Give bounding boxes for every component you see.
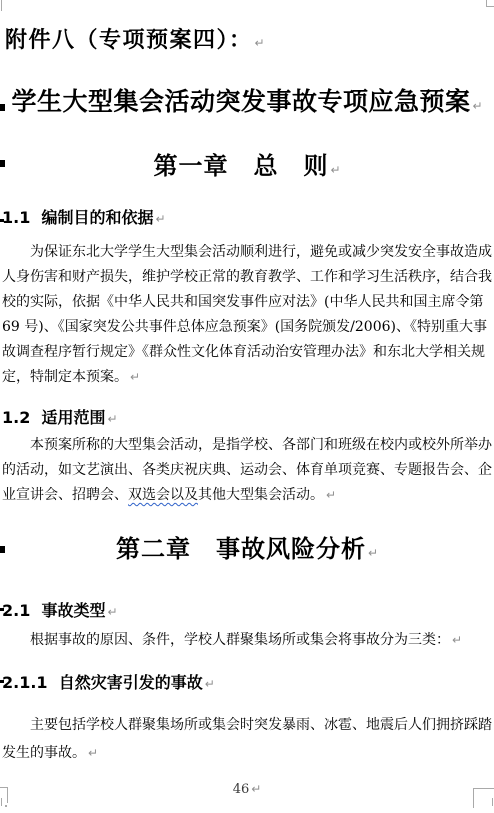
section-heading-1-2: 1.2 适用范围↵	[2, 408, 494, 429]
paragraph-accident-types: 根据事故的原因、条件，学校人群聚集场所或集会将事故分为三类：↵	[2, 628, 492, 653]
attachment-heading: 附件八（专项预案四）：↵	[5, 24, 494, 59]
document-title-text: 学生大型集会活动突发事故专项应急预案	[11, 87, 470, 116]
paragraph-mark-icon: ↵	[154, 212, 166, 226]
document-page[interactable]: 附件八（专项预案四）：↵ 学生大型集会活动突发事故专项应急预案↵ 第一章 总 则…	[0, 0, 494, 813]
section-heading-2-1-1-text: 2.1.1 自然灾害引发的事故	[2, 673, 203, 692]
section-heading-2-1-1: 2.1.1 自然灾害引发的事故↵	[2, 673, 494, 694]
page-number-text: 46	[233, 782, 250, 797]
paragraph-purpose: 为保证东北大学学生大型集会活动顺利进行，避免或减少突发安全事故造成 人身伤害和财…	[2, 240, 492, 390]
text-boundary-mark-bottom-left	[1, 798, 2, 806]
chapter-heading-1-text: 第一章 总 则	[153, 151, 328, 180]
document-title: 学生大型集会活动突发事故专项应急预案↵	[0, 86, 494, 122]
paragraph-natural-disaster: 主要包括学校人群聚集场所或集会时突发暴雨、冰雹、地震后人们拥挤踩踏 发生的事故。…	[2, 711, 492, 767]
grammar-underlined-text: 双选会以及	[128, 487, 198, 503]
paragraph-mark-icon: ↵	[450, 633, 462, 647]
paragraph-mark-icon: ↵	[203, 677, 215, 691]
text-boundary-mark-top-left	[1, 0, 2, 11]
paragraph-mark-icon: ↵	[324, 488, 336, 502]
section-heading-2-1-text: 2.1 事故类型	[2, 601, 106, 620]
page-number: 46↵	[0, 781, 494, 798]
paragraph-scope: 本预案所称的大型集会活动，是指学校、各部门和班级在校内或校外所举办 的活动，如文…	[2, 433, 492, 508]
section-heading-1-1: 1.1 编制目的和依据↵	[2, 208, 494, 229]
paragraph-mark-icon: ↵	[470, 99, 482, 113]
chapter-heading-2-text: 第二章 事故风险分析	[116, 534, 366, 563]
attachment-heading-text: 附件八（专项预案四）：	[5, 27, 253, 53]
text-boundary-mark-bottom-right	[492, 798, 493, 806]
section-heading-1-2-text: 1.2 适用范围	[2, 408, 106, 427]
paragraph-accident-types-text: 根据事故的原因、条件，学校人群聚集场所或集会将事故分为三类：	[30, 632, 450, 648]
paragraph-mark-icon: ↵	[253, 36, 265, 50]
section-heading-1-1-text: 1.1 编制目的和依据	[2, 208, 154, 227]
paragraph-mark-icon: ↵	[106, 412, 118, 426]
paragraph-natural-disaster-text: 主要包括学校人群聚集场所或集会时突发暴雨、冰雹、地震后人们拥挤踩踏 发生的事故。	[2, 717, 492, 761]
paragraph-mark-icon: ↵	[128, 370, 140, 384]
chapter-heading-1: 第一章 总 则↵	[0, 150, 494, 186]
paragraph-mark-icon: ↵	[106, 605, 118, 619]
paragraph-mark-icon: ↵	[86, 746, 98, 760]
chapter-heading-2: 第二章 事故风险分析↵	[0, 533, 494, 569]
text-boundary-mark-bottom-left	[5, 805, 7, 807]
text-boundary-mark-top-right	[486, 6, 494, 7]
section-heading-2-1: 2.1 事故类型↵	[2, 601, 494, 622]
paragraph-mark-icon: ↵	[328, 163, 340, 177]
paragraph-scope-text: 其他大型集会活动。	[198, 487, 324, 503]
paragraph-mark-icon: ↵	[366, 546, 378, 560]
paragraph-purpose-text: 为保证东北大学学生大型集会活动顺利进行，避免或减少突发安全事故造成 人身伤害和财…	[2, 244, 492, 385]
paragraph-mark-icon: ↵	[249, 782, 261, 796]
